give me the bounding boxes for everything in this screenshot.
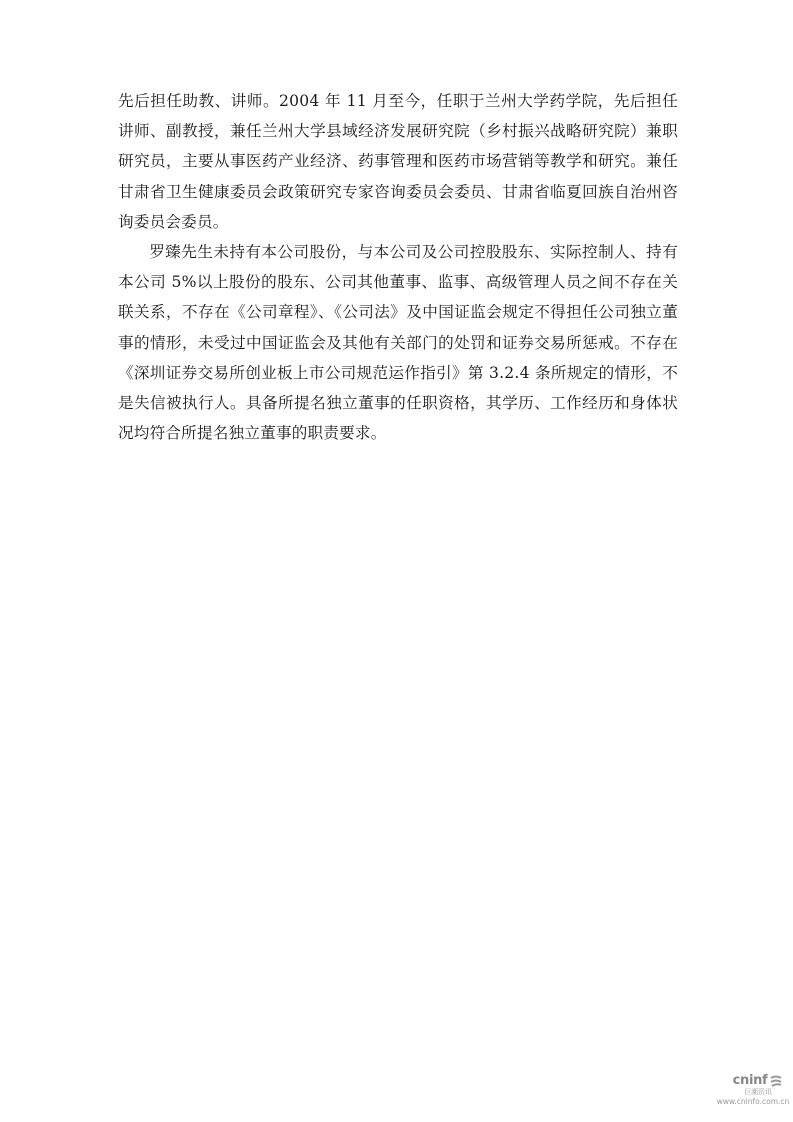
watermark-chinese-name: 巨潮资讯 — [724, 1088, 792, 1097]
cninfo-watermark: cninf 巨潮资讯 www.cninfo.com.cn — [724, 1073, 792, 1106]
paragraph-biography: 先后担任助教、讲师。2004 年 11 月至今，任职于兰州大学药学院，先后担任讲… — [118, 86, 678, 237]
paragraph-independence-statement: 罗臻先生未持有本公司股份，与本公司及公司控股股东、实际控制人、持有本公司 5%以… — [118, 237, 678, 448]
watermark-url: www.cninfo.com.cn — [714, 1097, 792, 1106]
document-body: 先后担任助教、讲师。2004 年 11 月至今，任职于兰州大学药学院，先后担任讲… — [118, 86, 678, 448]
watermark-brand: cninf — [733, 1073, 768, 1088]
watermark-logo: cninf — [724, 1073, 792, 1088]
cninfo-logo-icon — [769, 1075, 783, 1087]
document-page: 先后担任助教、讲师。2004 年 11 月至今，任职于兰州大学药学院，先后担任讲… — [0, 0, 793, 1122]
